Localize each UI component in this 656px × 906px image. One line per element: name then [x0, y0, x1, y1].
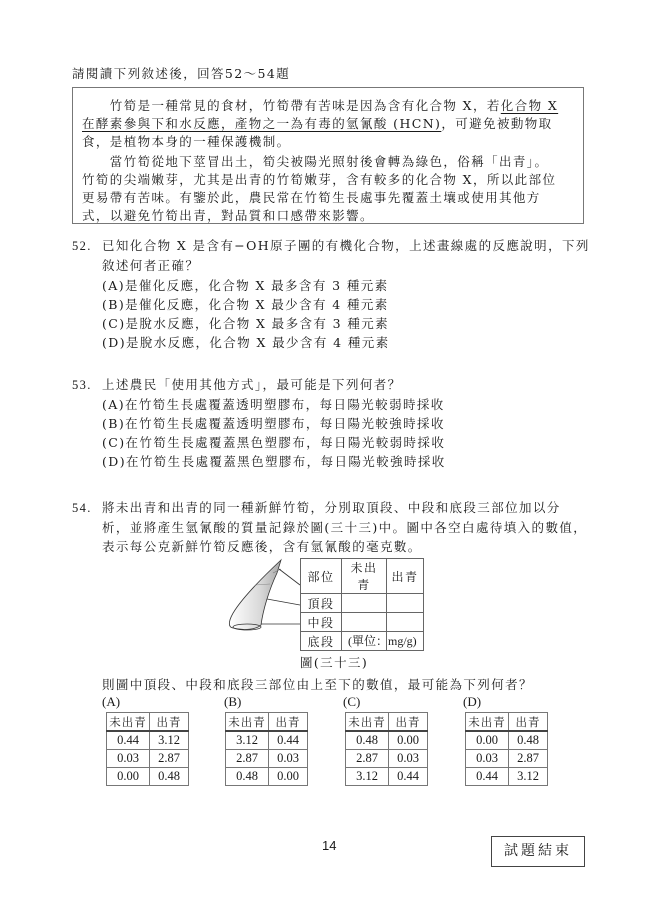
answer-cell: 3.12	[346, 768, 389, 786]
figure-header-row: 部位 未出青 出青	[301, 559, 424, 594]
figure-row-label: 中段	[301, 613, 342, 632]
answer-table-b: 未出青出青 3.120.44 2.870.03 0.480.00	[225, 712, 308, 786]
figure-header-cell: 未出青	[342, 559, 387, 594]
answer-row: 0.443.12	[107, 731, 189, 750]
answer-table-d: 未出青出青 0.000.48 0.032.87 0.443.12	[465, 712, 548, 786]
underlined-text: 在酵素參與下和水反應，產物之一為有毒的氫氰酸 (HCN)	[82, 116, 441, 131]
passage-line: 當竹筍從地下莖冒出土，筍尖被陽光照射後會轉為綠色，俗稱「出青」。	[82, 152, 548, 172]
passage-line: 式，以避免竹筍出青，對品質和口感帶來影響。	[82, 206, 374, 226]
answer-header-cell: 未出青	[107, 713, 150, 732]
figure-header-cell: 出青	[387, 559, 424, 594]
answer-header-cell: 出青	[389, 713, 428, 732]
answer-row: 3.120.44	[226, 731, 308, 750]
bamboo-shoot-illustration	[225, 555, 305, 640]
option-label-a: (A)	[102, 694, 120, 710]
answer-cell: 0.00	[107, 768, 150, 786]
passage-line: 竹筍是一種常見的食材，竹筍帶有苦味是因為含有化合物 X，若化合物 X	[82, 96, 558, 116]
passage-box: 竹筍是一種常見的食材，竹筍帶有苦味是因為含有化合物 X，若化合物 X 在酵素參與…	[72, 87, 584, 224]
question-stem: 敘述何者正確？	[102, 256, 199, 276]
answer-header-row: 未出青出青	[466, 713, 548, 732]
answer-header-row: 未出青出青	[346, 713, 428, 732]
option-c: (C)在竹筍生長處覆蓋黑色塑膠布，每日陽光較弱時採收	[102, 433, 445, 453]
answer-header-cell: 出青	[509, 713, 548, 732]
question-followup: 則圖中頂段、中段和底段三部位由上至下的數值，最可能為下列何者？	[102, 675, 533, 695]
figure-header-cell: 部位	[301, 559, 342, 594]
option-b: (B)在竹筍生長處覆蓋透明塑膠布，每日陽光較強時採收	[102, 414, 445, 434]
answer-row: 0.480.00	[346, 731, 428, 750]
answer-row: 2.870.03	[346, 750, 428, 768]
question-stem: 將未出青和出青的同一種新鮮竹筍，分別取頂段、中段和底段三部位加以分	[102, 498, 561, 518]
question-number: 52.	[72, 236, 92, 256]
question-number: 53.	[72, 375, 92, 395]
passage-text: 竹筍是一種常見的食材，竹筍帶有苦味是因為含有化合物 X，若	[82, 98, 501, 113]
answer-row: 0.032.87	[107, 750, 189, 768]
underlined-text: 化合物 X	[501, 98, 558, 113]
answer-table-c: 未出青出青 0.480.00 2.870.03 3.120.44	[345, 712, 428, 786]
answer-cell: 3.12	[150, 731, 189, 750]
figure-blank-cell	[387, 613, 424, 632]
option-label-c: (C)	[343, 694, 360, 710]
figure-row-label: 頂段	[301, 594, 342, 613]
option-a: (A)是催化反應，化合物 X 最多含有 3 種元素	[102, 276, 389, 296]
passage-line: 食，是植物本身的一種保護機制。	[82, 132, 291, 152]
figure-blank-cell	[342, 613, 387, 632]
answer-header-cell: 未出青	[346, 713, 389, 732]
answer-cell: 3.12	[226, 731, 269, 750]
figure-row-label: 底段	[301, 632, 342, 651]
answer-cell: 0.03	[107, 750, 150, 768]
answer-cell: 0.03	[466, 750, 509, 768]
question-stem: 表示每公克新鮮竹筍反應後，含有氫氰酸的毫克數。	[102, 537, 422, 557]
answer-cell: 2.87	[150, 750, 189, 768]
figure-row: 頂段	[301, 594, 424, 613]
passage-text: ，可避免被動物取	[441, 116, 552, 131]
option-a: (A)在竹筍生長處覆蓋透明塑膠布，每日陽光較弱時採收	[102, 395, 445, 415]
answer-cell: 0.00	[389, 731, 428, 750]
figure-row: 中段	[301, 613, 424, 632]
answer-header-row: 未出青出青	[107, 713, 189, 732]
answer-row: 0.443.12	[466, 768, 548, 786]
answer-cell: 3.12	[509, 768, 548, 786]
passage-line: 竹筍的尖端嫩芽，尤其是出青的竹筍嫩芽，含有較多的化合物 X，所以此部位	[82, 170, 556, 190]
question-stem: 析，並將產生氫氰酸的質量記錄於圖(三十三)中。圖中各空白處待填入的數值，	[102, 518, 587, 538]
answer-header-cell: 出青	[150, 713, 189, 732]
figure-blank-cell	[387, 594, 424, 613]
page-number: 14	[322, 838, 336, 853]
answer-cell: 2.87	[346, 750, 389, 768]
answer-header-cell: 未出青	[226, 713, 269, 732]
answer-row: 3.120.44	[346, 768, 428, 786]
option-label-d: (D)	[463, 694, 481, 710]
answer-cell: 2.87	[509, 750, 548, 768]
answer-cell: 0.44	[389, 768, 428, 786]
answer-cell: 0.48	[346, 731, 389, 750]
answer-row: 2.870.03	[226, 750, 308, 768]
answer-cell: 0.03	[269, 750, 308, 768]
answer-row: 0.000.48	[107, 768, 189, 786]
figure-caption: 圖(三十三)	[300, 653, 368, 673]
answer-cell: 0.44	[269, 731, 308, 750]
option-d: (D)在竹筍生長處覆蓋黑色塑膠布，每日陽光較強時採收	[102, 452, 446, 472]
answer-cell: 0.00	[466, 731, 509, 750]
answer-cell: 0.44	[107, 731, 150, 750]
answer-cell: 0.44	[466, 768, 509, 786]
option-c: (C)是脫水反應，化合物 X 最多含有 3 種元素	[102, 314, 389, 334]
answer-cell: 0.48	[226, 768, 269, 786]
answer-cell: 2.87	[226, 750, 269, 768]
answer-header-cell: 出青	[269, 713, 308, 732]
figure-blank-cell	[342, 594, 387, 613]
answer-cell: 0.48	[150, 768, 189, 786]
figure-unit: (單位：mg/g)	[348, 632, 417, 649]
question-number: 54.	[72, 498, 92, 518]
option-b: (B)是催化反應，化合物 X 最少含有 4 種元素	[102, 295, 389, 315]
answer-row: 0.032.87	[466, 750, 548, 768]
answer-header-cell: 未出青	[466, 713, 509, 732]
answer-cell: 0.48	[509, 731, 548, 750]
option-d: (D)是脫水反應，化合物 X 最少含有 4 種元素	[102, 333, 390, 353]
question-stem: 已知化合物 X 是含有−OH原子團的有機化合物，上述畫線處的反應說明，下列	[102, 236, 590, 256]
passage-line: 在酵素參與下和水反應，產物之一為有毒的氫氰酸 (HCN)，可避免被動物取	[82, 114, 553, 134]
passage-line: 更易帶有苦味。有鑒於此，農民常在竹筍生長處事先覆蓋土壤或使用其他方	[82, 188, 541, 208]
answer-cell: 0.03	[389, 750, 428, 768]
answer-header-row: 未出青出青	[226, 713, 308, 732]
answer-row: 0.000.48	[466, 731, 548, 750]
answer-cell: 0.00	[269, 768, 308, 786]
question-stem: 上述農民「使用其他方式」，最可能是下列何者？	[102, 375, 402, 395]
option-label-b: (B)	[224, 694, 241, 710]
answer-table-a: 未出青出青 0.443.12 0.032.87 0.000.48	[106, 712, 189, 786]
answer-row: 0.480.00	[226, 768, 308, 786]
reading-instruction: 請閱讀下列敘述後，回答52～54題	[72, 64, 290, 84]
end-of-exam-box: 試題結束	[491, 836, 585, 867]
